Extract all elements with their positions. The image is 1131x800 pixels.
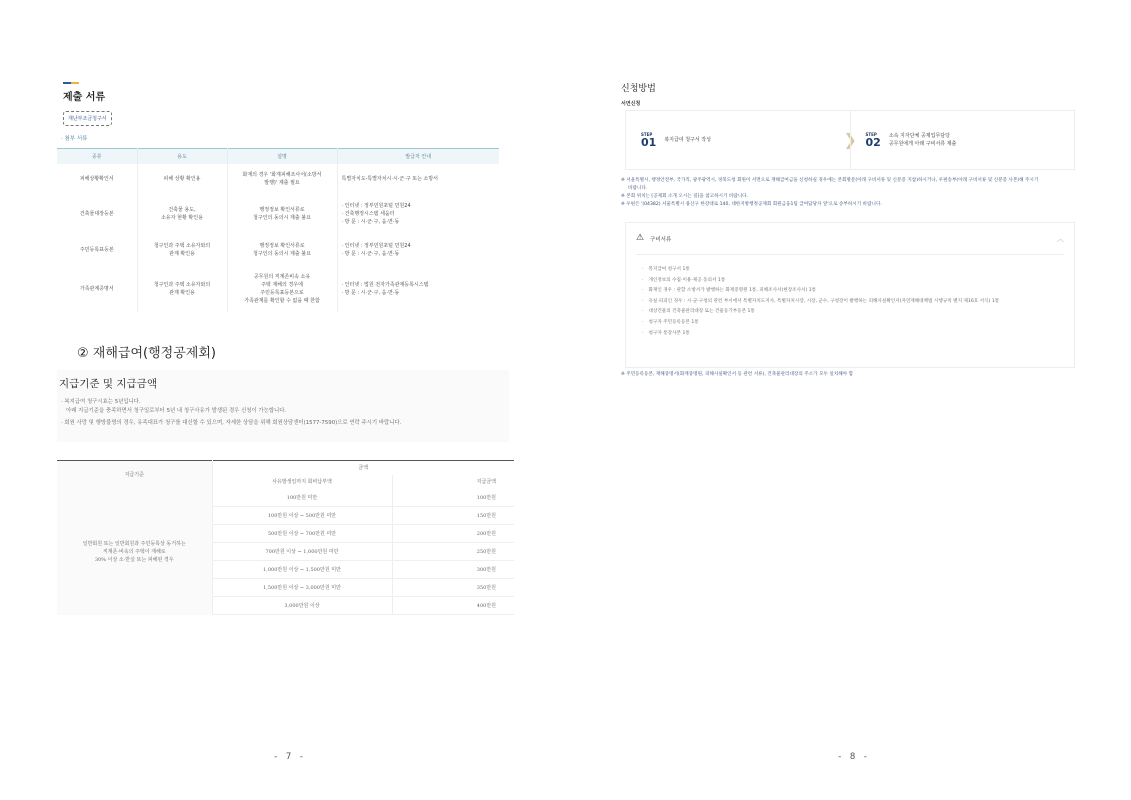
- cell-range: 500만원 이상 ~ 700만원 미만: [212, 525, 392, 543]
- cell-type: 주민등록표등본: [57, 234, 137, 266]
- step-02: STEP 02 소속 지자단체 공제업무담당 공무원에게 아래 구비서류 제출: [850, 111, 1075, 169]
- list-item: 개인정보의 수집·이용·제공 동의서 1통: [642, 276, 1074, 287]
- step-01: STEP 01 복지급여 청구서 작성 ❯: [626, 111, 850, 169]
- note: ※ 본회 위치는 [공제회 소개 오시는 길]을 참고하시기 바랍니다.: [621, 193, 1091, 201]
- cell-range: 3,000만원 이상: [212, 597, 392, 615]
- cell-use: 청구인과 주택 소유자와의관계 확인용: [137, 234, 227, 266]
- cell-amount: 150만원: [392, 507, 514, 525]
- cell-range: 100만원 이상 ~ 500만원 미만: [212, 507, 392, 525]
- step-number: 01: [641, 137, 656, 148]
- cell-amount: 300만원: [392, 561, 514, 579]
- list-item: 청구자 통장사본 1통: [642, 329, 1074, 340]
- cell-amount: 100만원: [392, 489, 514, 507]
- page-number: - 7 -: [273, 752, 305, 762]
- criteria-line: · 복지급여 청구시효는 5년입니다.: [61, 398, 509, 407]
- note: 바랍니다.: [621, 185, 1091, 193]
- payment-criteria-panel: 지급기준 및 지급금액 · 복지급여 청구시효는 5년입니다. 아래 지급기준을…: [57, 370, 509, 442]
- step-number: 02: [866, 137, 881, 148]
- steps: STEP 01 복지급여 청구서 작성 ❯ STEP 02 소속 지자단체 공제…: [625, 110, 1075, 170]
- attachments-table: 종류 용도 설명 발급처 안내 피해상황확인서피해 상황 확인용화재의 경우 '…: [57, 148, 499, 312]
- warning-icon: ⚠: [636, 234, 645, 243]
- step-text: 복지급여 청구서 작성: [664, 136, 711, 144]
- col-header-type: 종류: [57, 149, 137, 164]
- table-row: 일반회원 또는 일반회원과 주민등록상 동거하는직계존·비속의 주택이 재해로3…: [57, 489, 514, 507]
- cell-use: 피해 상황 확인용: [137, 164, 227, 194]
- table-row: 피해상황확인서피해 상황 확인용화재의 경우 '화재피해조사서(소방서발행)' …: [57, 164, 499, 194]
- cell-issuer: · 인터넷 : 정부민원포털 민원24· 건축행정시스템 세움터· 방 문 : …: [337, 194, 499, 234]
- col-header-desc: 설명: [227, 149, 337, 164]
- cell-desc: 행정정보 확인서류로청구인의 동의시 제출 불요: [227, 194, 337, 234]
- list-item: 대상건물의 건축물관리대장 또는 건물등기부등본 1통: [642, 307, 1074, 318]
- criteria-title: 지급기준 및 지급금액: [59, 376, 509, 391]
- cell-range: 100만원 미만: [212, 489, 392, 507]
- cell-use: 건축물 용도,소유자 현황 확인용: [137, 194, 227, 234]
- cell-type: 가족관계증명서: [57, 266, 137, 312]
- header-basis: 지급기준: [57, 461, 212, 489]
- page-7: 제출 서류 재난부조금청구서 · 첨부 서류 종류 용도 설명 발급처 안내 피…: [0, 0, 565, 800]
- claim-form-link[interactable]: 재난부조금청구서: [63, 111, 112, 126]
- foot-note: ※ 주민등록등본, 재해증명서(화재증명원, 피해사실확인서 등 관련 서류),…: [621, 371, 853, 377]
- cell-issuer: 특별자치도·특별자치시·시·군·구 또는 소방서: [337, 164, 499, 194]
- cell-use: 청구인과 주택 소유자와의관계 확인용: [137, 266, 227, 312]
- page-number: - 8 -: [837, 752, 869, 762]
- cell-range: 1,500만원 이상 ~ 3,000만원 미만: [212, 579, 392, 597]
- cell-amount: 400만원: [392, 597, 514, 615]
- section-heading: ② 재해급여(행정공제회): [77, 342, 216, 361]
- cell-desc: 화재의 경우 '화재피해조사서(소방서발행)' 제출 필요: [227, 164, 337, 194]
- note: ※ 우편은 '(04382) 서울특별시 용산구 한강대로 140, 대한지방행…: [621, 201, 1091, 209]
- apply-title: 신청방법: [621, 81, 1104, 94]
- table-row: 주민등록표등본청구인과 주택 소유자와의관계 확인용행정정보 확인서류로청구인의…: [57, 234, 499, 266]
- list-item: 화재인 경우 : 관할 소방서가 발행하는 화재증명원 1통, 피해조사서(현장…: [642, 286, 1074, 297]
- submission-documents-panel: 제출 서류 재난부조금청구서 · 첨부 서류 종류 용도 설명 발급처 안내 피…: [57, 82, 510, 312]
- application-method-panel: 신청방법 서면신청 STEP 01 복지급여 청구서 작성 ❯ STEP 02 …: [618, 77, 1104, 387]
- cell-range: 1,000만원 이상 ~ 1,500만원 미만: [212, 561, 392, 579]
- application-notes: ※ 서울특별시, 행정안전부, 국가직, 광주광역시, 경북도청 회원이 서면으…: [621, 177, 1091, 209]
- cell-range: 700만원 이상 ~ 1,000만원 미만: [212, 543, 392, 561]
- cell-amount: 350만원: [392, 579, 514, 597]
- cell-type: 피해상황확인서: [57, 164, 137, 194]
- cell-amount: 250만원: [392, 543, 514, 561]
- table-row: 건축물대장등본건축물 용도,소유자 현황 확인용행정정보 확인서류로청구인의 동…: [57, 194, 499, 234]
- criteria-line: · 회원 사망 및 행방불명의 경우, 유족대표가 청구를 대신할 수 있으며,…: [61, 419, 509, 428]
- chevron-up-icon[interactable]: ︿: [1057, 234, 1064, 244]
- cell-type: 건축물대장등본: [57, 194, 137, 234]
- required-documents-list: 복지급여 청구서 1통개인정보의 수집·이용·제공 동의서 1통화재인 경우 :…: [642, 265, 1074, 339]
- list-item: 청구자 주민등록등본 1통: [642, 318, 1074, 329]
- list-item: 유실·피괴인 경우 : 시·군·구청의 관련 부서에서 특별자치도지사, 특별자…: [642, 297, 1074, 308]
- cell-basis: 일반회원 또는 일반회원과 주민등록상 동거하는직계존·비속의 주택이 재해로3…: [57, 489, 212, 615]
- required-documents-accordion: ⚠ 구비서류 ︿ 복지급여 청구서 1통개인정보의 수집·이용·제공 동의서 1…: [625, 222, 1075, 368]
- cell-desc: 공무원의 직계존비속 소유주택 재해의 경우에주민등록표등본으로가족관계를 확인…: [227, 266, 337, 312]
- cell-desc: 행정정보 확인서류로청구인의 동의시 제출 불요: [227, 234, 337, 266]
- submission-title: 제출 서류: [63, 88, 510, 103]
- table-row: 가족관계증명서청구인과 주택 소유자와의관계 확인용공무원의 직계존비속 소유주…: [57, 266, 499, 312]
- col-header-use: 용도: [137, 149, 227, 164]
- col-header-issuer: 발급처 안내: [337, 149, 499, 164]
- cell-amount: 200만원: [392, 525, 514, 543]
- step-text: 소속 지자단체 공제업무담당 공무원에게 아래 구비서류 제출: [889, 132, 957, 148]
- accordion-title: 구비서류: [650, 235, 671, 243]
- criteria-line: 아래 지급기준을 충족하면서 청구일로부터 5년 내 청구사유가 발생된 경우 …: [66, 407, 509, 416]
- accent-bar: [63, 82, 79, 84]
- attachments-label: · 첨부 서류: [61, 134, 510, 142]
- header-amount-group: 금액: [212, 461, 514, 475]
- note: ※ 서울특별시, 행정안전부, 국가직, 광주광역시, 경북도청 회원이 서면으…: [621, 177, 1091, 185]
- header-damage: 사유발생일까지 회비납부액: [212, 475, 392, 489]
- list-item: 복지급여 청구서 1통: [642, 265, 1074, 276]
- header-payment: 지급금액: [392, 475, 514, 489]
- payment-table: 지급기준 금액 사유발생일까지 회비납부액 지급금액 일반회원 또는 일반회원과…: [57, 460, 514, 615]
- cell-issuer: · 인터넷 : 정부민원포털 민원24· 방 문 : 시·군·구, 읍·면·동: [337, 234, 499, 266]
- apply-subtitle: 서면신청: [621, 100, 1104, 107]
- cell-issuer: · 인터넷 : 법원 전자가족관계등록시스템· 방 문 : 시·군·구, 읍·면…: [337, 266, 499, 312]
- accordion-header[interactable]: ⚠ 구비서류 ︿: [636, 223, 1064, 255]
